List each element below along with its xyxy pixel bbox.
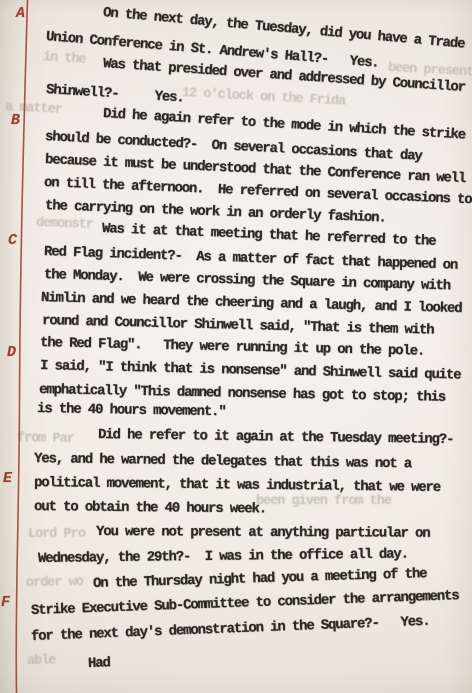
margin-letter-b: B — [11, 112, 20, 129]
margin-letter-c: C — [8, 232, 17, 249]
transcript-line: out to obtain the 40 hours week. — [34, 500, 266, 517]
scanned-transcript-page: in the been present 12 o'clock on the Fr… — [0, 0, 472, 693]
margin-letter-e: E — [3, 470, 12, 487]
transcript-line: You were not present at anything particu… — [96, 525, 430, 542]
margin-letter-a: A — [16, 5, 25, 22]
transcript-line: Had — [88, 656, 110, 672]
margin-letter-d: D — [7, 344, 16, 361]
margin-letter-f: F — [1, 594, 10, 611]
